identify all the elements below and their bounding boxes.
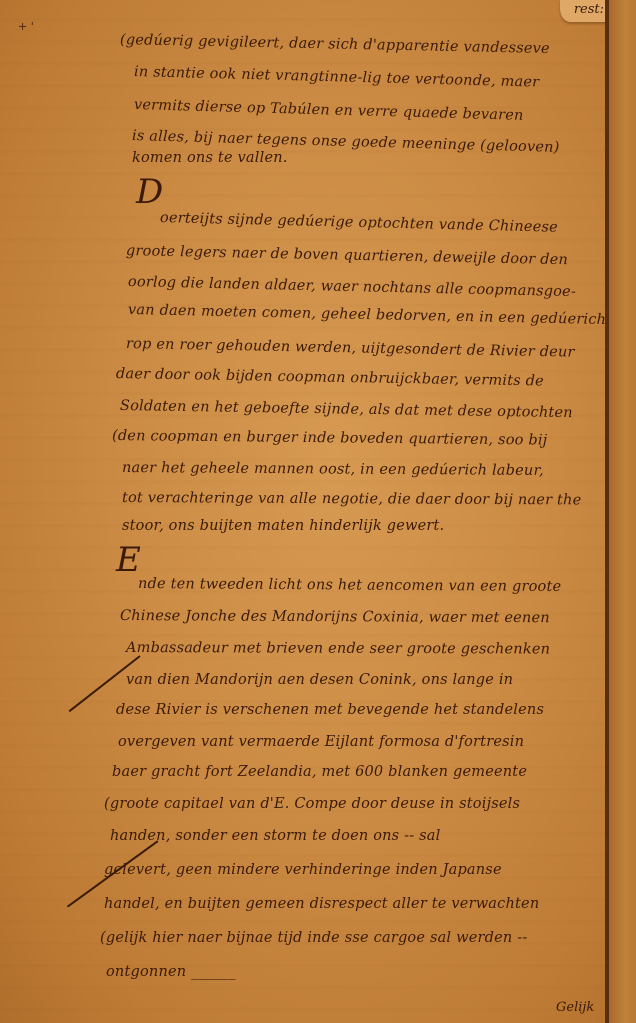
text-line: baer gracht fort Zeelandia, met 600 blan… bbox=[112, 764, 527, 780]
text-line: tot verachteringe van alle negotie, die … bbox=[122, 490, 581, 508]
manuscript-page: + ' (gedúerig gevigileert, daer sich d'a… bbox=[0, 0, 606, 1023]
text-line: (groote capitael van d'E. Compe door deu… bbox=[104, 796, 520, 812]
text-line: van daen moeten comen, geheel bedorven, … bbox=[128, 302, 606, 328]
text-line: (gelijk hier naer bijnae tijd inde sse c… bbox=[100, 930, 527, 946]
text-line: (den coopman en burger inde boveden quar… bbox=[112, 428, 548, 449]
text-line: nde ten tweeden licht ons het aencomen v… bbox=[138, 576, 561, 595]
text-line: in stantie ook niet vrangtinne-lig toe v… bbox=[134, 64, 540, 91]
text-line: daer door ook bijden coopman onbruijckba… bbox=[116, 366, 544, 389]
text-line: komen ons te vallen. bbox=[132, 150, 288, 166]
text-line: ontgonnen ______ bbox=[106, 964, 236, 980]
text-line: Chinese Jonche des Mandorijns Coxinia, w… bbox=[120, 608, 550, 626]
text-line: vermits dierse op Tabúlen en verre quaed… bbox=[134, 97, 524, 124]
decorated-initial: E bbox=[116, 540, 141, 580]
catchword: Gelijk bbox=[556, 1000, 594, 1015]
text-line: stoor, ons buijten maten hinderlijk gewe… bbox=[122, 518, 444, 534]
folio-mark: + ' bbox=[18, 20, 34, 33]
text-line: naer het geheele mannen oost, in een ged… bbox=[122, 460, 544, 479]
text-line: (gedúerig gevigileert, daer sich d'appar… bbox=[120, 32, 550, 57]
folded-corner: rest: bbox=[560, 0, 610, 22]
text-line: dese Rivier is verschenen met bevegende … bbox=[116, 702, 544, 718]
adjacent-page-edge bbox=[609, 0, 636, 1023]
text-line: Soldaten en het geboefte sijnde, als dat… bbox=[120, 398, 573, 421]
text-line: van dien Mandorijn aen desen Conink, ons… bbox=[126, 672, 513, 688]
text-line: Ambassadeur met brieven ende seer groote… bbox=[126, 640, 550, 657]
text-line: rop en roer gehouden werden, uijtgesonde… bbox=[126, 336, 575, 361]
corner-fold-text: rest: bbox=[574, 2, 604, 17]
text-line: overgeven vant vermaerde Eijlant formosa… bbox=[118, 734, 524, 750]
text-line: oerteijts sijnde gedúerige optochten van… bbox=[160, 210, 558, 236]
text-line: handel, en buijten gemeen disrespect all… bbox=[104, 896, 539, 912]
text-line: handen, sonder een storm te doen ons -- … bbox=[110, 828, 440, 844]
text-line: oorlog die landen aldaer, waer nochtans … bbox=[128, 274, 576, 300]
text-line: groote legers naer de boven quartieren, … bbox=[126, 243, 568, 268]
text-line: gelevert, geen mindere verhinderinge ind… bbox=[104, 862, 502, 878]
decorated-initial: D bbox=[136, 172, 163, 212]
